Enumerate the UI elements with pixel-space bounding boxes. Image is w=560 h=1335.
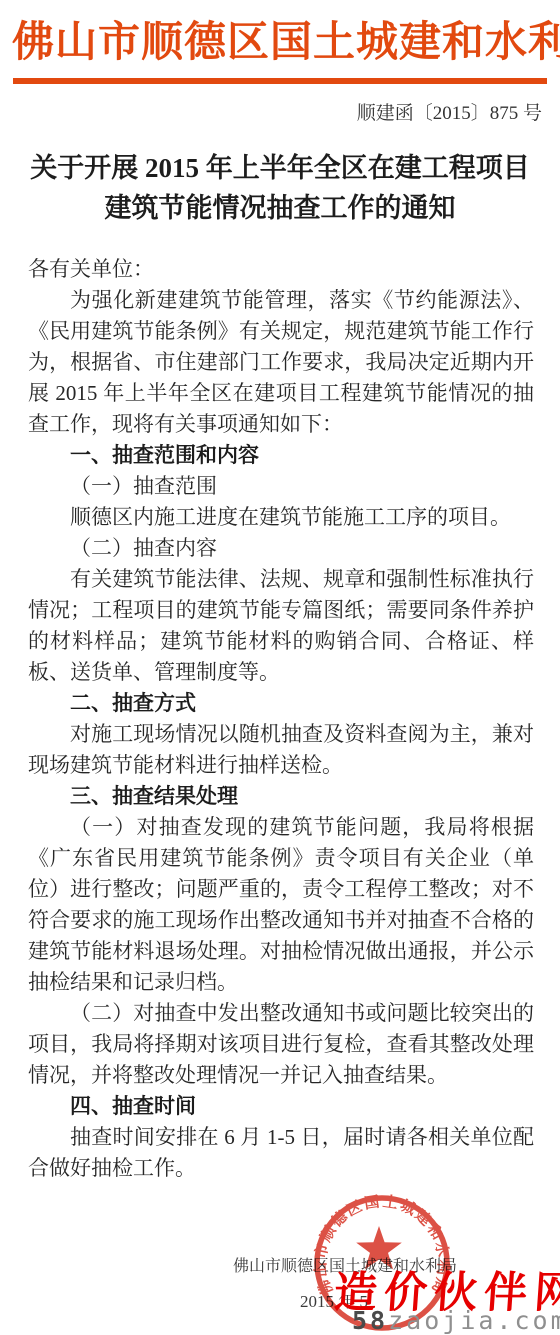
notice-title-line-1: 关于开展 2015 年上半年全区在建工程项目 <box>0 148 560 188</box>
notice-title-line-2: 建筑节能情况抽查工作的通知 <box>0 188 560 228</box>
section-1-heading: 一、抽查范围和内容 <box>28 440 534 471</box>
watermark-domain-text: zaojia.com <box>388 1306 560 1335</box>
watermark-number: 58 <box>352 1306 388 1335</box>
section-1-sub-1-heading: （一）抽查范围 <box>28 471 534 502</box>
section-1-sub-2-text: 有关建筑节能法律、法规、规章和强制性标准执行情况；工程项目的建筑节能专篇图纸；需… <box>28 564 534 688</box>
letterhead-divider <box>13 78 547 84</box>
agency-letterhead: 佛山市顺德区国土城建和水利局 <box>12 16 548 70</box>
official-notice-page: 佛山市顺德区国土城建和水利局 顺建函〔2015〕875 号 关于开展 2015 … <box>0 0 560 1335</box>
section-1-sub-2-heading: （二）抽查内容 <box>28 533 534 564</box>
watermark-domain: 58zaojia.com <box>352 1308 560 1334</box>
section-4-heading: 四、抽查时间 <box>28 1091 534 1122</box>
salutation: 各有关单位： <box>28 254 534 285</box>
section-3-sub-1-text: （一）对抽查发现的建筑节能问题，我局将根据《广东省民用建筑节能条例》责令项目有关… <box>28 812 534 998</box>
notice-title: 关于开展 2015 年上半年全区在建工程项目 建筑节能情况抽查工作的通知 <box>0 148 560 228</box>
section-3-heading: 三、抽查结果处理 <box>28 781 534 812</box>
section-1-sub-1-text: 顺德区内施工进度在建筑节能施工工序的项目。 <box>28 502 534 533</box>
section-3-sub-2-text: （二）对抽查中发出整改通知书或问题比较突出的项目，我局将择期对该项目进行复检，查… <box>28 998 534 1091</box>
paragraph-intro: 为强化新建建筑节能管理，落实《节约能源法》、《民用建筑节能条例》有关规定，规范建… <box>28 285 534 440</box>
seal-star-icon <box>356 1226 402 1269</box>
document-number: 顺建函〔2015〕875 号 <box>0 102 542 126</box>
section-2-heading: 二、抽查方式 <box>28 688 534 719</box>
section-4-text: 抽查时间安排在 6 月 1-5 日，届时请各相关单位配合做好抽检工作。 <box>28 1122 534 1184</box>
section-2-text: 对施工现场情况以随机抽查及资料查阅为主，兼对现场建筑节能材料进行抽样送检。 <box>28 719 534 781</box>
notice-body: 各有关单位： 为强化新建建筑节能管理，落实《节约能源法》、《民用建筑节能条例》有… <box>28 254 534 1184</box>
